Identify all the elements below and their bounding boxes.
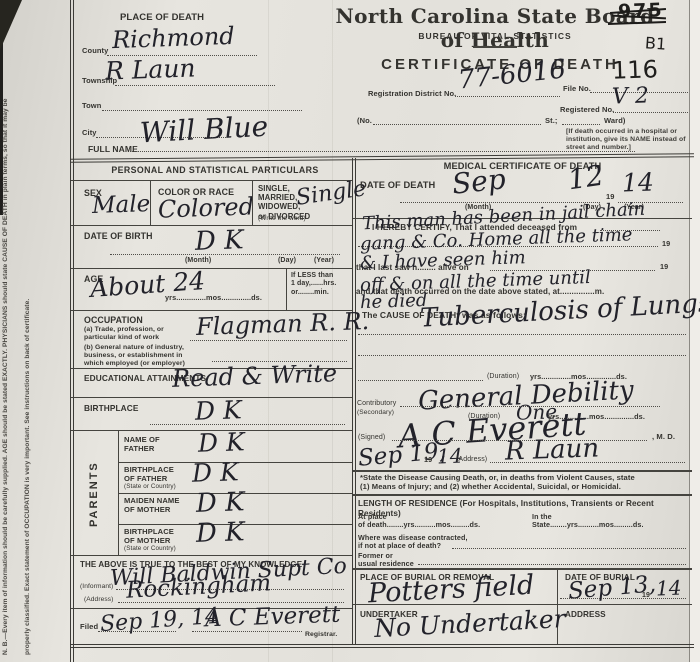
date-of-death-day: 12 <box>566 162 605 195</box>
bureau-subtitle: BUREAU OF VITAL STATISTICS <box>395 31 595 41</box>
township-line <box>115 85 275 86</box>
color-race-value: Colored <box>158 194 255 221</box>
residence-former-line <box>418 564 686 565</box>
cell-divider <box>286 268 287 310</box>
page-right-margin <box>689 0 700 662</box>
father-name-value: D K <box>198 429 246 456</box>
cause-line1 <box>358 334 686 335</box>
cell-divider <box>252 181 253 225</box>
occupation-label: OCCUPATION <box>84 315 143 325</box>
date-of-death-month: Sep <box>451 165 507 198</box>
age-units: yrs..............mos..............ds. <box>165 294 262 303</box>
bureau-rule <box>473 46 517 48</box>
file-no-value: 116 <box>612 57 659 83</box>
signed-year-printed: 19 <box>424 456 432 465</box>
county-value: Richmond <box>112 24 235 52</box>
margin-note-outer: N. B.—Every item of information should b… <box>2 30 17 655</box>
registrar-signature: A C Everett <box>205 604 341 632</box>
street-no-label: (No. <box>357 117 372 126</box>
city-label: City <box>82 129 97 138</box>
registrar-line <box>192 631 302 632</box>
signed-date: Sep 19, <box>357 440 447 471</box>
street-no-line <box>373 124 541 125</box>
registered-no-line <box>613 112 688 113</box>
residence-in-state: In the State........yrs..........mos....… <box>532 513 644 530</box>
registration-district-line <box>455 96 560 97</box>
place-of-death-label: PLACE OF DEATH <box>120 12 204 23</box>
signed-label: (Signed) <box>358 434 385 442</box>
birthplace-value: D K <box>195 397 243 424</box>
county-label: County <box>82 47 108 56</box>
filed-label: Filed <box>80 623 98 632</box>
residence-where-line <box>452 548 686 549</box>
dob-year-caption: (Year) <box>314 257 334 265</box>
pen-mark-b1: B1 <box>644 35 666 52</box>
street-ward-label: Ward) <box>604 117 625 126</box>
date-of-death-label: DATE OF DEATH <box>360 180 435 191</box>
full-name-value: Will Blue <box>139 113 268 148</box>
personal-section-title: PERSONAL AND STATISTICAL PARTICULARS <box>85 165 345 175</box>
registered-no-label: Registered No. <box>560 106 614 115</box>
registration-district-label: Registration District No. <box>368 90 456 99</box>
mother-birthplace-sub: (State or Country) <box>124 545 176 552</box>
signed-address-label: (Address) <box>456 456 487 464</box>
informant-address-label: (Address) <box>84 596 113 604</box>
certify-19a: 19 <box>662 240 670 249</box>
marital-sub-label: (Write the word) <box>258 215 306 223</box>
dob-month-caption: (Month) <box>185 257 211 265</box>
full-name-line <box>130 151 635 152</box>
signed-address-value: R Laun <box>505 435 600 464</box>
cause-of-death-value: Tuberculosis of Lungs <box>420 290 700 331</box>
margin-note-inner: properly classified. Exact statement of … <box>24 140 37 655</box>
occupation-a-label: (a) Trade, profession, or particular kin… <box>84 326 164 342</box>
registered-no-value: V 2 <box>612 85 650 108</box>
date-of-birth-value: D K <box>195 227 244 255</box>
town-line <box>102 110 302 111</box>
full-name-label: FULL NAME <box>88 144 138 154</box>
footnote-line2: (1) Means of Injury; and (2) whether Acc… <box>360 483 690 492</box>
residence-at-place: At place of death........yrs..........mo… <box>358 513 480 530</box>
rule <box>71 268 352 269</box>
burial-date-year: 14 <box>656 578 682 599</box>
burial-place-value: Potters field <box>367 572 534 608</box>
informant-label: (Informant) <box>80 583 113 591</box>
town-label: Town <box>82 102 101 111</box>
residence-former: Former or usual residence <box>358 552 414 569</box>
occupation-b-label: (b) General nature of industry, business… <box>84 344 185 368</box>
signed-address-line <box>490 462 685 463</box>
father-birthplace-value: D K <box>192 459 240 486</box>
md-label: , M. D. <box>652 433 675 442</box>
secondary-label: (Secondary) <box>357 409 394 417</box>
occupation-a-value: Flagman R. R. <box>196 309 370 339</box>
date-of-birth-label: DATE OF BIRTH <box>84 231 153 241</box>
sex-value: Male <box>92 193 151 218</box>
death-certificate-scan: N. B.—Every item of information should b… <box>0 0 700 662</box>
registrar-label: Registrar. <box>305 631 337 639</box>
hospital-note: [If death occurred in a hospital or inst… <box>566 128 692 152</box>
column-divider <box>352 158 356 645</box>
file-no-label: File No. <box>563 85 591 94</box>
duration-label: (Duration) <box>487 373 519 381</box>
duration-line <box>358 380 483 381</box>
street-st-label: St.; <box>545 117 557 126</box>
mother-name-value: D K <box>196 489 245 517</box>
father-name-label: NAME OF FATHER <box>124 436 160 454</box>
education-value: Read & Write <box>172 361 338 391</box>
medical-section-title: MEDICAL CERTIFICATE OF DEATH <box>390 161 655 172</box>
birthplace-label: BIRTHPLACE <box>84 404 138 414</box>
marital-value: Single <box>295 178 368 210</box>
mother-name-label: MAIDEN NAME OF MOTHER <box>124 497 180 515</box>
street-st-line <box>562 124 600 125</box>
birthplace-line <box>150 424 345 425</box>
father-birthplace-sub: (State or Country) <box>124 483 176 490</box>
dob-day-caption: (Day) <box>278 257 296 265</box>
parents-label: PARENTS <box>88 438 110 550</box>
form-left-border <box>70 0 74 662</box>
rule <box>353 604 692 605</box>
mother-birthplace-value: D K <box>196 519 245 547</box>
informant-address-value: Rockingham <box>125 572 271 603</box>
township-value: R Laun <box>105 55 196 83</box>
age-less-than-note: If LESS than 1 day,......hrs. or........… <box>291 272 336 297</box>
dob-line <box>110 254 340 255</box>
contributory-label: Contributory <box>357 400 396 408</box>
rule <box>353 494 692 496</box>
burial-address-label: ADDRESS <box>565 610 606 620</box>
rule <box>71 180 352 181</box>
cause-line2 <box>358 355 686 356</box>
bottom-border <box>70 644 694 648</box>
date-of-death-year: 14 <box>622 169 655 195</box>
burial-year-printed: 19 <box>642 592 650 600</box>
father-birthplace-label: BIRTHPLACE OF FATHER <box>124 466 174 484</box>
cell-divider <box>150 181 151 225</box>
burial-date-line <box>560 598 686 599</box>
mother-birthplace-label: BIRTHPLACE OF MOTHER <box>124 528 174 546</box>
rule <box>353 470 692 472</box>
certify-19b: 19 <box>660 263 668 272</box>
